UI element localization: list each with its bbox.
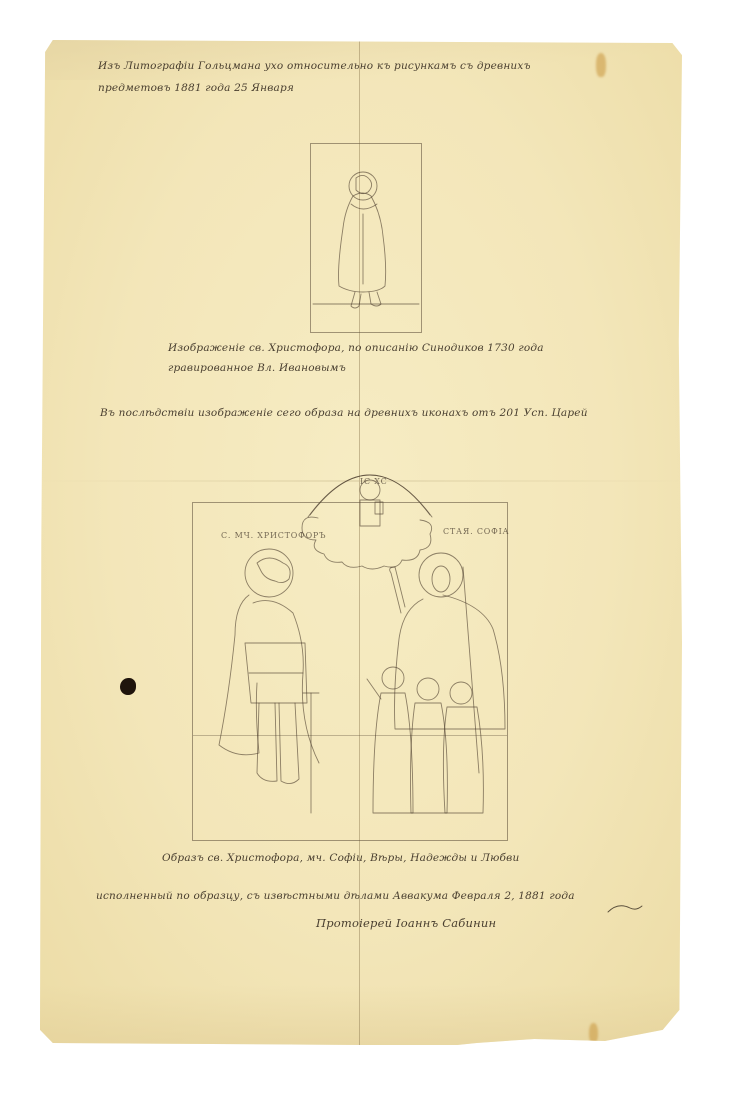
christ-monogram: IC XC <box>360 477 388 486</box>
caption-1-line-2: гравированное Вл. Ивановымъ <box>168 362 346 374</box>
ink-blot <box>120 678 136 695</box>
top-right-stain <box>596 53 606 77</box>
caption-1-line-1: Изображеніе св. Христофора, по описанію … <box>168 342 544 354</box>
middle-line: Въ послѣдствіи изображеніе сего образа н… <box>100 407 588 419</box>
header-line-1: Изъ Литографіи Гольцмана ухо относительн… <box>98 60 531 72</box>
bottom-crease <box>40 985 682 1045</box>
header-line-2: предметовъ 1881 года 25 Января <box>98 82 294 94</box>
caption-2: Образъ св. Христофора, мч. Софіи, Вѣры, … <box>162 852 519 864</box>
signature: Протоіерей Іоаннъ Сабинин <box>316 916 496 930</box>
footer-line: исполненный по образцу, съ извѣстными дѣ… <box>96 890 575 902</box>
paper-sheet: Изъ Литографіи Гольцмана ухо относительн… <box>40 40 682 1045</box>
icon-composition-sketch <box>193 503 507 840</box>
figure-2-frame: С. МЧ. ХРИСТОФОРЪ СТАЯ. СОФІА <box>192 502 508 841</box>
figure-1-frame <box>310 143 422 333</box>
signature-flourish <box>606 902 646 916</box>
standing-saint-sketch <box>311 144 421 332</box>
bottom-right-stain <box>589 1023 598 1043</box>
